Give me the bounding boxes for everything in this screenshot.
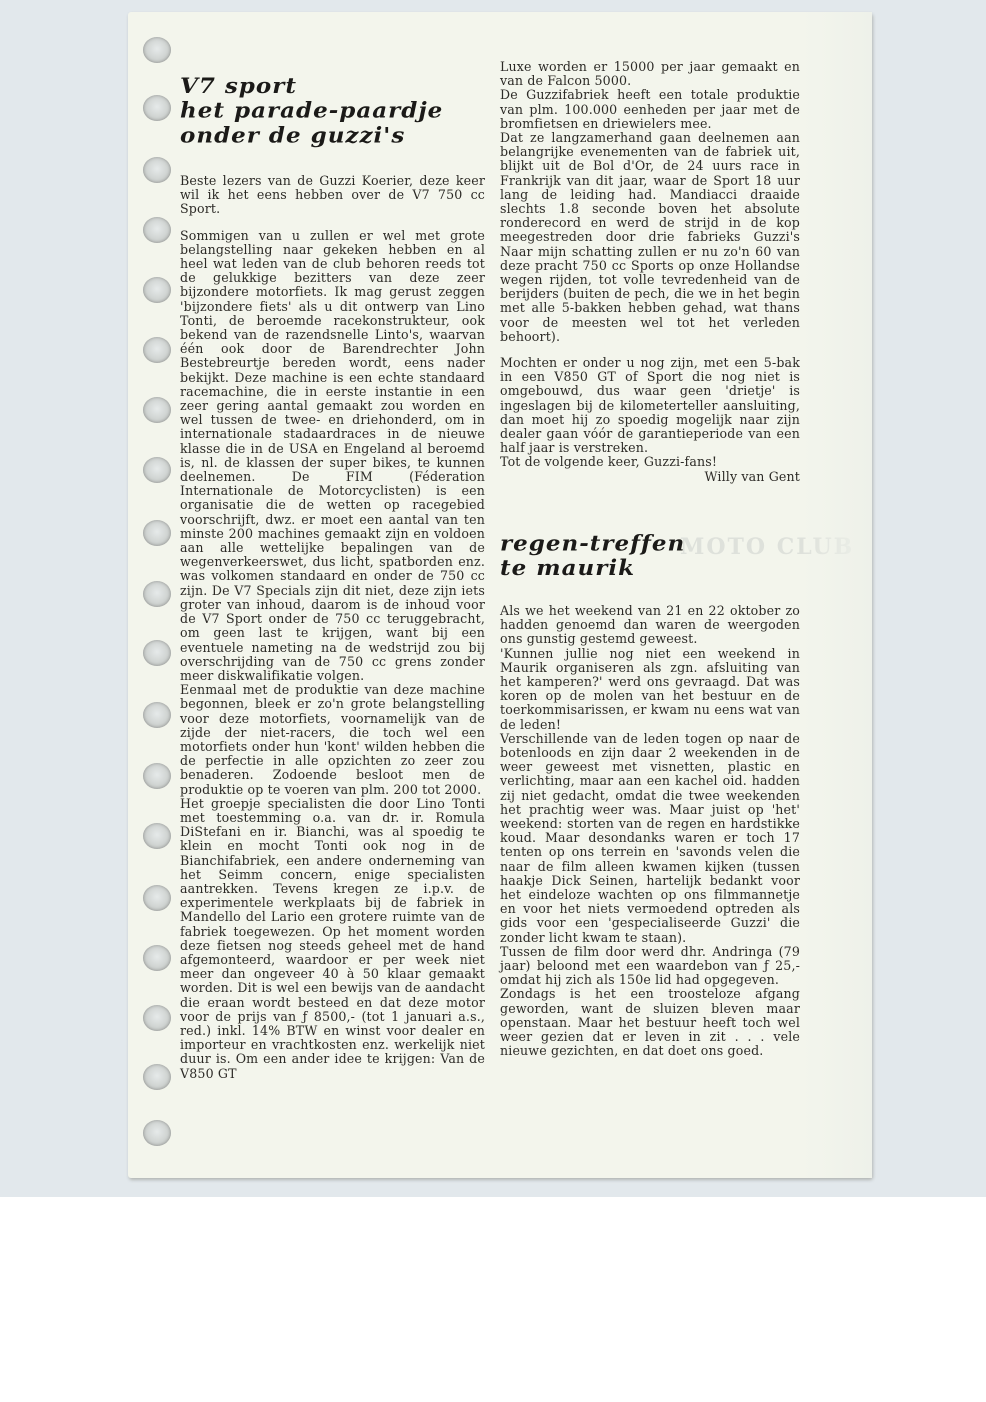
punch-hole-icon xyxy=(143,157,171,183)
body-paragraph: Zondags is het een troosteloze afgang ge… xyxy=(500,987,800,1058)
punch-hole-icon xyxy=(143,945,171,971)
intro-paragraph: Beste lezers van de Guzzi Koerier, deze … xyxy=(180,174,485,217)
body-paragraph: Sommigen van u zullen er wel met grote b… xyxy=(180,229,485,684)
closing-paragraph: Mochten er onder u nog zijn, met een 5-b… xyxy=(500,356,800,455)
punch-hole-icon xyxy=(143,1005,171,1031)
title-line: onder de guzzi's xyxy=(180,123,485,148)
continuation-paragraph: De Guzzifabriek heeft een totale produkt… xyxy=(500,88,800,131)
author-signature: Willy van Gent xyxy=(500,470,800,484)
punch-hole-icon xyxy=(143,37,171,63)
body-paragraph: Verschillende van de leden togen op naar… xyxy=(500,732,800,945)
article-v7-sport: V7 sport het parade-paardje onder de guz… xyxy=(180,72,485,1081)
magazine-page: V7 sport het parade-paardje onder de guz… xyxy=(128,12,872,1178)
closing-paragraph: Tot de volgende keer, Guzzi-fans! xyxy=(500,455,800,469)
punch-hole-icon xyxy=(143,520,171,546)
continuation-paragraph: Luxe worden er 15000 per jaar gemaakt en… xyxy=(500,60,800,88)
body-paragraph: 'Kunnen jullie nog niet een weekend in M… xyxy=(500,647,800,732)
punch-hole-icon xyxy=(143,397,171,423)
body-paragraph: Het groepje specialisten die door Lino T… xyxy=(180,797,485,1081)
punch-hole-icon xyxy=(143,277,171,303)
punch-hole-icon xyxy=(143,217,171,243)
punch-hole-icon xyxy=(143,337,171,363)
punch-hole-icon xyxy=(143,702,171,728)
punch-hole-icon xyxy=(143,1120,171,1146)
title-line: het parade-paardje xyxy=(180,99,485,124)
right-column: Luxe worden er 15000 per jaar gemaakt en… xyxy=(500,60,800,484)
punch-hole-icon xyxy=(143,95,171,121)
article-1-title: V7 sport het parade-paardje onder de guz… xyxy=(180,74,485,148)
article-regen-treffen: MOTO CLUB regen-treffen te maurik Als we… xyxy=(500,530,800,1059)
body-paragraph: Tussen de film door werd dhr. Andringa (… xyxy=(500,945,800,988)
title-line: regen-treffen xyxy=(500,531,800,556)
punch-hole-icon xyxy=(143,823,171,849)
punch-hole-icon xyxy=(143,581,171,607)
continuation-paragraph: Dat ze langzamerhand gaan deelnemen aan … xyxy=(500,131,800,344)
punch-hole-icon xyxy=(143,640,171,666)
punch-hole-icon xyxy=(143,457,171,483)
punch-hole-icon xyxy=(143,1064,171,1090)
article-2-title: regen-treffen te maurik xyxy=(500,531,800,580)
title-line: te maurik xyxy=(500,556,800,581)
punch-hole-icon xyxy=(143,763,171,789)
title-line: V7 sport xyxy=(180,74,485,99)
punch-hole-icon xyxy=(143,885,171,911)
body-paragraph: Als we het weekend van 21 en 22 oktober … xyxy=(500,604,800,647)
body-paragraph: Eenmaal met de produktie van deze machin… xyxy=(180,683,485,797)
